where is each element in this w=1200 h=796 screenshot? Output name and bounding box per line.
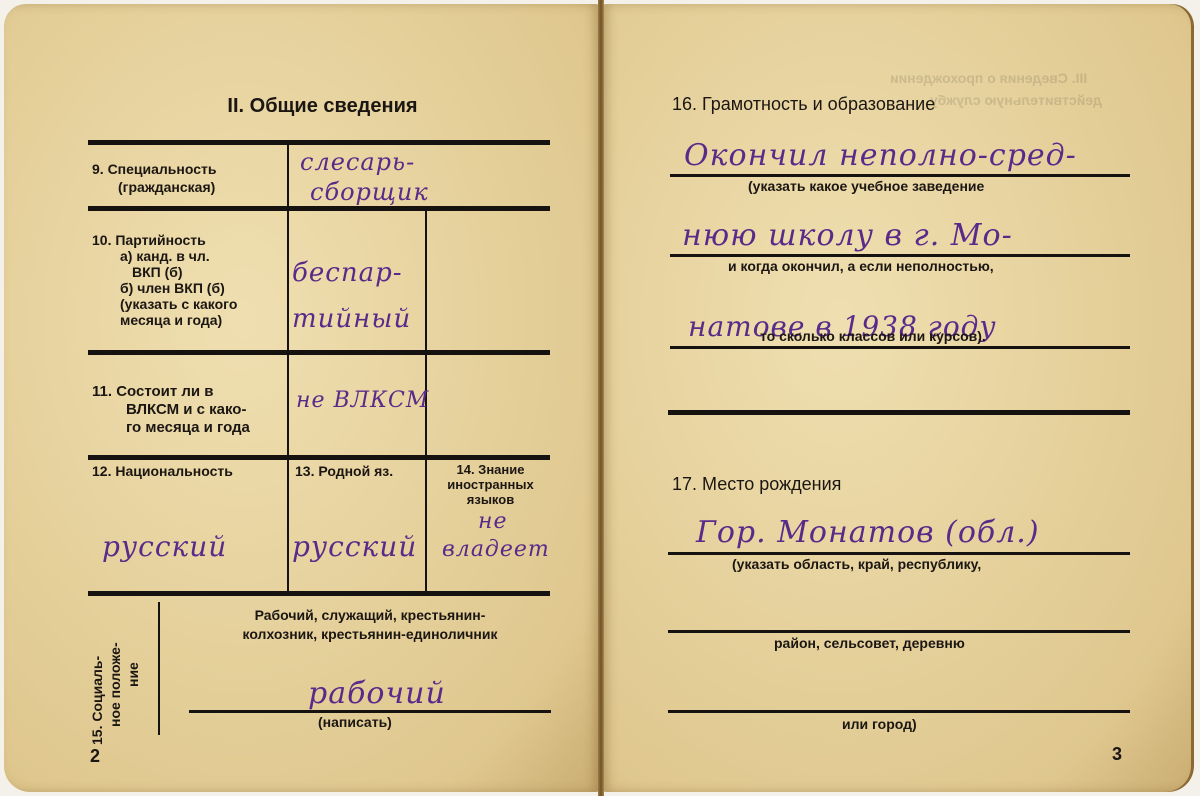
field-17-hint-3: или город) — [842, 716, 917, 732]
section-title: II. Общие сведения — [0, 95, 645, 118]
field-13-value[interactable]: русский — [292, 530, 417, 563]
field-11-value[interactable]: не ВЛКСМ — [296, 388, 429, 413]
field-15-hint: (написать) — [318, 714, 392, 730]
field-16-value-line1[interactable]: Окончил неполно-сред- — [684, 138, 1077, 173]
field-16-write-line — [670, 174, 1130, 177]
right-page — [602, 4, 1194, 792]
field-10-label: 10. Партийность а) канд. в чл. ВКП (б) б… — [92, 232, 237, 328]
field-9-value[interactable]: слесарь- сборщик — [300, 147, 429, 207]
field-9-label: 9. Специальность (гражданская) — [92, 160, 217, 196]
field-16-write-line — [670, 346, 1130, 349]
field-14-value[interactable]: не владеет — [430, 508, 550, 564]
field-16-hint-1: (указать какое учебное заведение — [748, 178, 984, 194]
bleed-through-text: III. Сведения о прохождении — [890, 70, 1087, 86]
field-13-label: 13. Родной яз. — [295, 463, 393, 479]
field-11-label: 11. Состоит ли в ВЛКСМ и с како- го меся… — [92, 383, 250, 437]
table-rule — [88, 591, 550, 596]
field-17-label: 17. Место рождения — [672, 474, 841, 495]
field-16-hint-3: то сколько классов или курсов). — [760, 328, 986, 344]
field-16-label: 16. Грамотность и образование — [672, 94, 935, 115]
table-rule — [88, 350, 550, 355]
field-12-label: 12. Национальность — [92, 463, 233, 479]
field-10-value[interactable]: беспар- тийный — [292, 250, 411, 342]
table-rule — [88, 455, 550, 460]
field-16-value-line2[interactable]: нюю школу в г. Мо- — [682, 218, 1013, 253]
field-17-hint-1: (указать область, край, республику, — [732, 556, 981, 572]
field-17-value[interactable]: Гор. Монатов (обл.) — [696, 515, 1040, 550]
book-gutter — [598, 0, 604, 796]
field-16-write-line — [670, 254, 1130, 257]
section-rule — [668, 410, 1130, 415]
field-17-write-line — [668, 552, 1130, 555]
field-15-value[interactable]: рабочий — [308, 676, 446, 711]
field-16-hint-2: и когда окончил, а если неполностью, — [728, 258, 994, 274]
bleed-through-text: действительную службу — [930, 92, 1102, 108]
field-14-label: 14. Знание иностранных языков — [428, 462, 553, 507]
field-15-write-line — [189, 710, 551, 713]
page-number-right: 3 — [1112, 744, 1122, 765]
table-rule — [88, 140, 550, 145]
field-17-write-line — [668, 630, 1130, 633]
field-17-hint-2: район, сельсовет, деревню — [774, 635, 965, 651]
page-number-left: 2 — [90, 746, 100, 767]
table-column-divider — [287, 143, 289, 593]
field-15-divider — [158, 602, 160, 735]
field-15-side-label: 15. Социаль- ное положе- ние — [88, 595, 142, 745]
field-15-options: Рабочий, служащий, крестьянин- колхозник… — [190, 606, 550, 644]
field-12-value[interactable]: русский — [102, 530, 227, 563]
field-17-write-line — [668, 710, 1130, 713]
